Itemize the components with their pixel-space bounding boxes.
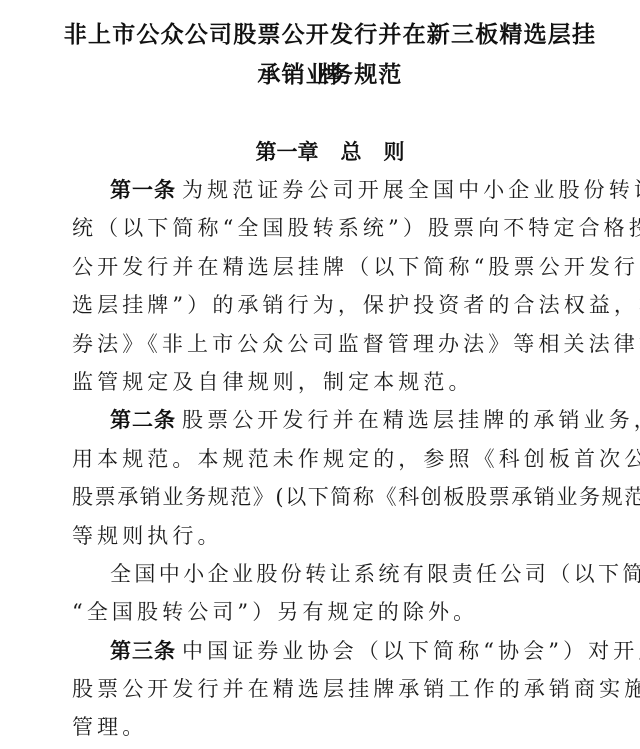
chapter-number: 第一章 <box>256 140 319 164</box>
article-1: 第一条为规范证券公司开展全国中小企业股份转让系 统（以下简称“全国股转系统”）股… <box>72 171 592 401</box>
article-line: 公开发行并在精选层挂牌（以下简称“股票公开发行并在精 <box>72 248 592 286</box>
article-line: 券法》《非上市公众公司监督管理办法》等相关法律法规、 <box>72 325 592 363</box>
article-line: 全国中小企业股份转让系统有限责任公司（以下简称 <box>72 555 592 593</box>
chapter-heading: 第一章总则 <box>0 133 640 171</box>
article-line: 监管规定及自律规则，制定本规范。 <box>72 363 592 401</box>
article-3: 第三条中国证券业协会（以下简称“协会”）对开展 股票公开发行并在精选层挂牌承销工… <box>72 632 592 747</box>
article-label: 第三条 <box>110 639 176 663</box>
article-line: 管理。 <box>72 708 592 746</box>
article-line: 选层挂牌”）的承销行为，保护投资者的合法权益，根据《证 <box>72 286 592 324</box>
article-text: 中国证券业协会（以下简称“协会”）对开展 <box>182 639 640 663</box>
article-text: 为规范证券公司开展全国中小企业股份转让系 <box>182 178 640 202</box>
article-line: 股票公开发行并在精选层挂牌承销工作的承销商实施自律 <box>72 670 592 708</box>
chapter-name-part1: 总 <box>341 140 362 164</box>
article-2: 第二条股票公开发行并在精选层挂牌的承销业务，适 用本规范。本规范未作规定的，参照… <box>72 401 592 631</box>
article-line: 用本规范。本规范未作规定的，参照《科创板首次公开发行 <box>72 440 592 478</box>
document-page: 非上市公众公司股票公开发行并在新三板精选层挂牌 承销业务规范 第一章总则 第一条… <box>0 0 640 749</box>
document-body: 第一条为规范证券公司开展全国中小企业股份转让系 统（以下简称“全国股转系统”）股… <box>72 171 592 747</box>
article-line: 第一条为规范证券公司开展全国中小企业股份转让系 <box>72 171 592 209</box>
article-label: 第二条 <box>110 408 176 432</box>
article-line: 第二条股票公开发行并在精选层挂牌的承销业务，适 <box>72 401 592 439</box>
article-line: 股票承销业务规范》(以下简称《科创板股票承销业务规范》) <box>72 478 592 516</box>
article-line: 等规则执行。 <box>72 517 592 555</box>
article-line: 统（以下简称“全国股转系统”）股票向不特定合格投资者 <box>72 209 592 247</box>
article-label: 第一条 <box>110 178 176 202</box>
document-title-line-2: 承销业务规范 <box>60 55 600 95</box>
article-line: 第三条中国证券业协会（以下简称“协会”）对开展 <box>72 632 592 670</box>
chapter-name-part2: 则 <box>384 140 405 164</box>
article-text: 股票公开发行并在精选层挂牌的承销业务，适 <box>182 408 640 432</box>
article-line: “全国股转公司”）另有规定的除外。 <box>72 593 592 631</box>
